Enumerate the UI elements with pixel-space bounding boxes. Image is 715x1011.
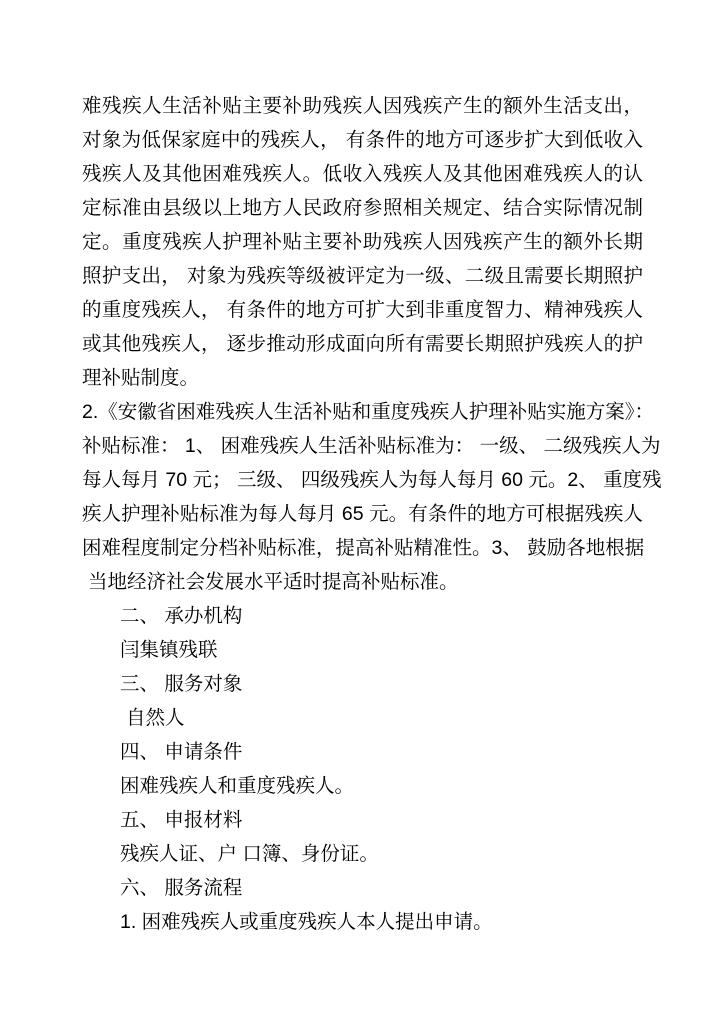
section-list: 二、 承办机构 闫集镇残联 三、 服务对象 自然人 四、 申请条件 困难残疾人和…	[82, 599, 645, 939]
paragraph-line: 或其他残疾人， 逐步推动形成面向所有需要长期照护残疾人的护	[82, 327, 643, 361]
paragraph-anhui-implementation-plan: 2.《安徽省困难残疾人生活补贴和重度残疾人护理补贴实施方案》： 补贴标准： 1、…	[82, 395, 645, 599]
paragraph-line: 困难程度制定分档补贴标准，提高补贴精准性。3、 鼓励各地根据	[82, 531, 643, 565]
section-content-application-conditions: 困难残疾人和重度残疾人。	[82, 769, 645, 803]
paragraph-living-subsidy: 难残疾人生活补贴主要补助残疾人因残疾产生的额外生活支出， 对象为低保家庭中的残疾…	[82, 89, 645, 395]
section-heading-service-target: 三、 服务对象	[82, 667, 645, 701]
section-heading-service-process: 六、 服务流程	[82, 871, 645, 905]
section-content-service-process: 1. 困难残疾人或重度残疾人本人提出申请。	[82, 905, 645, 939]
paragraph-line: 定标准由县级以上地方人民政府参照相关规定、结合实际情况制	[82, 191, 643, 225]
paragraph-line: 照护支出， 对象为残疾等级被评定为一级、二级且需要长期照护	[82, 259, 643, 293]
paragraph-line: 理补贴制度。	[82, 361, 645, 395]
section-heading-organization: 二、 承办机构	[82, 599, 645, 633]
paragraph-line: 难残疾人生活补贴主要补助残疾人因残疾产生的额外生活支出，	[82, 89, 643, 123]
paragraph-line: 每人每月 70 元； 三级、 四级残疾人为每人每月 60 元。2、 重度残	[82, 463, 643, 497]
paragraph-line: 2.《安徽省困难残疾人生活补贴和重度残疾人护理补贴实施方案》：	[82, 395, 643, 429]
paragraph-line: 的重度残疾人， 有条件的地方可扩大到非重度智力、精神残疾人	[82, 293, 643, 327]
section-content-organization: 闫集镇残联	[82, 633, 645, 667]
section-content-application-materials: 残疾人证、户 口簿、身份证。	[82, 837, 645, 871]
paragraph-line: 对象为低保家庭中的残疾人， 有条件的地方可逐步扩大到低收入	[82, 123, 643, 157]
paragraph-line: 定。重度残疾人护理补贴主要补助残疾人因残疾产生的额外长期	[82, 225, 643, 259]
section-heading-application-conditions: 四、 申请条件	[82, 735, 645, 769]
section-heading-application-materials: 五、 申报材料	[82, 803, 645, 837]
paragraph-line: 疾人护理补贴标准为每人每月 65 元。有条件的地方可根据残疾人	[82, 497, 643, 531]
paragraph-line: 当地经济社会发展水平适时提高补贴标准。	[82, 565, 645, 599]
document-page: 难残疾人生活补贴主要补助残疾人因残疾产生的额外生活支出， 对象为低保家庭中的残疾…	[0, 0, 715, 1011]
paragraph-line: 补贴标准： 1、 困难残疾人生活补贴标准为： 一级、 二级残疾人为	[82, 429, 643, 463]
paragraph-line: 残疾人及其他困难残疾人。低收入残疾人及其他困难残疾人的认	[82, 157, 643, 191]
section-content-service-target: 自然人	[82, 701, 645, 735]
